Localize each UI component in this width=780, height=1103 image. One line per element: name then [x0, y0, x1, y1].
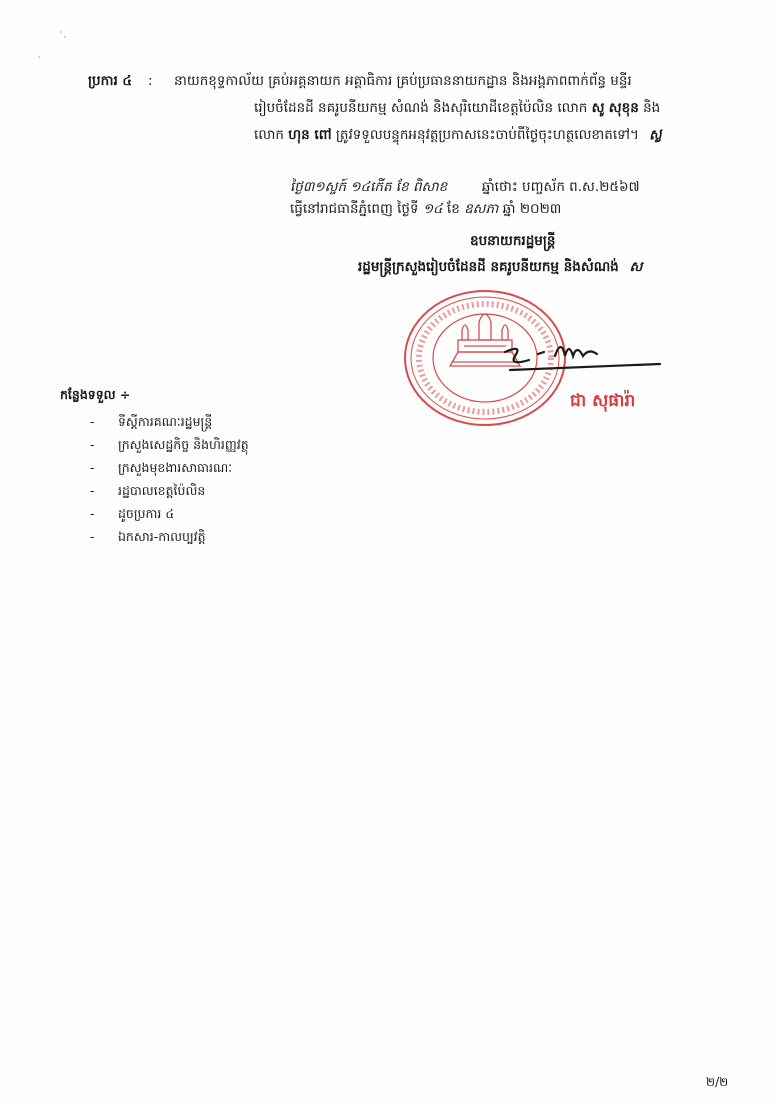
article-line-3: លោក ហុន ពៅ ត្រូវទទួលបន្ទុកអនុវត្តប្រកាសន… — [254, 122, 738, 149]
person-name-2: ហុន ពៅ — [288, 127, 331, 143]
signatory-title-2-text: រដ្ឋមន្ត្រីក្រសួងរៀបចំដែនដី នគរូបនីយកម្ម… — [358, 259, 619, 275]
date-line-1: ថ្ងៃ៣១ស្ចក៍ ១៤កើត ខែ ពិសាខ ឆ្នាំថោះ បញ្ច… — [290, 176, 640, 198]
recipient-item: -ក្រសួងមុខងារសាធារណៈ — [60, 456, 249, 479]
scan-speck — [60, 31, 62, 33]
recipient-item: -រដ្ឋបាលខេត្តប៉ៃលិន — [60, 479, 249, 502]
article-label: ប្រការ ៤ — [88, 68, 132, 95]
bullet: - — [90, 433, 95, 456]
person-name-1b: សុខុន — [609, 100, 639, 116]
recipient-text: ដូចប្រការ ៤ — [118, 506, 174, 521]
person-name-1a: សូ — [592, 100, 605, 116]
bullet: - — [90, 502, 95, 525]
article-line-2-text: រៀបចំដែនដី នគរូបនីយកម្ម សំណង់ និងសុរិយោដ… — [254, 100, 587, 116]
date-line-2: ធ្វើនៅរាជធានីភ្នំពេញ ថ្ងៃទី ១៤ ខែ ឧសភា ឆ… — [290, 198, 640, 220]
recipients-list: កន្លែងទទួល ÷ -ទីស្តីការគណៈរដ្ឋមន្ត្រី -ក… — [60, 387, 249, 548]
recipient-text: រដ្ឋបាលខេត្តប៉ៃលិន — [118, 483, 205, 498]
article-line-3-rest: ត្រូវទទួលបន្ទុកអនុវត្តប្រកាសនេះចាប់ពីថ្ង… — [336, 127, 639, 143]
recipient-text: ក្រសួងសេដ្ឋកិច្ច និងហិរញ្ញវត្ថុ — [118, 437, 249, 452]
date-day: ១៤ — [423, 201, 443, 217]
recipient-item: -ឯកសារ-កាលប្បវត្តិ — [60, 525, 249, 548]
signature-icon — [500, 330, 670, 380]
article-4: ប្រការ ៤ : នាយកខុទ្ទកាល័យ គ្រប់អគ្គនាយក … — [88, 68, 738, 149]
bullet: - — [90, 525, 95, 548]
article-colon: : — [148, 68, 153, 95]
place-date-prefix: ធ្វើនៅរាជធានីភ្នំពេញ ថ្ងៃទី — [290, 201, 419, 217]
date-year: ២០២៣ — [520, 201, 562, 217]
scan-speck — [64, 36, 66, 38]
handwritten-initial: ស្ល — [647, 121, 663, 150]
recipient-text: ទីស្តីការគណៈរដ្ឋមន្ត្រី — [118, 414, 212, 429]
handwritten-initial-2: ស — [629, 259, 642, 275]
month-label: ខែ — [447, 201, 460, 217]
article-line-2: រៀបចំដែនដី នគរូបនីយកម្ម សំណង់ និងសុរិយោដ… — [254, 95, 738, 122]
recipient-item: -ក្រសួងសេដ្ឋកិច្ច និងហិរញ្ញវត្ថុ — [60, 433, 249, 456]
recipients-heading: កន្លែងទទួល ÷ — [60, 387, 249, 406]
bullet: - — [90, 410, 95, 433]
date-block: ថ្ងៃ៣១ស្ចក៍ ១៤កើត ខែ ពិសាខ ឆ្នាំថោះ បញ្ច… — [290, 176, 640, 220]
scan-speck — [38, 56, 40, 58]
signatory-title-1: ឧបនាយករដ្ឋមន្ត្រី — [470, 232, 555, 252]
bullet: - — [90, 479, 95, 502]
buddhist-year: ឆ្នាំថោះ បញ្ចស័ក ព.ស.២៥៦៧ — [482, 179, 640, 195]
document-page: ប្រការ ៤ : នាយកខុទ្ទកាល័យ គ្រប់អគ្គនាយក … — [0, 0, 780, 1103]
signer-name: ជា សុផារ៉ា — [570, 390, 635, 415]
recipient-item: -ទីស្តីការគណៈរដ្ឋមន្ត្រី — [60, 410, 249, 433]
year-label: ឆ្នាំ — [503, 201, 516, 217]
date-month: ឧសភា — [464, 201, 498, 217]
signatory-title-2: រដ្ឋមន្ត្រីក្រសួងរៀបចំដែនដី នគរូបនីយកម្ម… — [358, 258, 642, 278]
page-number: ២/២ — [706, 1074, 728, 1092]
conjunction-and: និង — [643, 100, 660, 116]
recipient-item: -ដូចប្រការ ៤ — [60, 502, 249, 525]
article-line-3-prefix: លោក — [254, 127, 284, 143]
article-body: នាយកខុទ្ទកាល័យ គ្រប់អគ្គនាយក អគ្គាធិការ … — [174, 68, 738, 149]
lunar-date: ថ្ងៃ៣១ស្ចក៍ ១៤កើត ខែ ពិសាខ — [290, 179, 447, 195]
bullet: - — [90, 456, 95, 479]
recipient-text: ក្រសួងមុខងារសាធារណៈ — [118, 460, 232, 475]
article-line-1: នាយកខុទ្ទកាល័យ គ្រប់អគ្គនាយក អគ្គាធិការ … — [174, 68, 738, 95]
recipient-text: ឯកសារ-កាលប្បវត្តិ — [118, 529, 206, 544]
